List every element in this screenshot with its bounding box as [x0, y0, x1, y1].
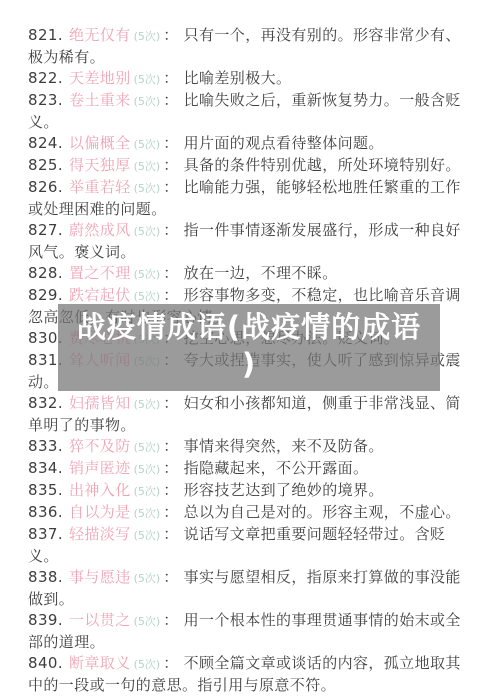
idiom-text: 出神入化	[69, 481, 131, 499]
entry-number: 829.	[28, 286, 63, 304]
idiom-entry: 832.妇孺皆知(5次)：妇女和小孩都知道，侧重于非常浅显、简单明了的事物。	[28, 393, 474, 436]
idiom-entry: 839.一以贯之(5次)：用一个根本性的事理贯通事情的始末或全部的道理。	[28, 610, 474, 653]
idiom-text: 置之不理	[69, 264, 131, 282]
idiom-entry: 836.自以为是(5次)：总以为自己是对的。形容主观，不虚心。	[28, 502, 474, 524]
usage-count-badge: (5次)	[134, 441, 161, 454]
idiom-entry: 826.举重若轻(5次)：比喻能力强，能够轻松地胜任繁重的工作或处理困难的问题。	[28, 177, 474, 220]
entry-number: 839.	[28, 611, 63, 629]
usage-count-badge: (5次)	[134, 73, 161, 86]
idiom-text: 自以为是	[69, 503, 131, 521]
idiom-text: 妇孺皆知	[69, 394, 131, 412]
definition-text: 具备的条件特别优越，所处环境特别好。	[184, 156, 461, 174]
separator-colon: ：	[163, 156, 178, 174]
usage-count-badge: (5次)	[134, 290, 161, 303]
definition-text: 总以为自己是对的。形容主观，不虚心。	[184, 503, 461, 521]
idiom-entry: 821.绝无仅有(5次)：只有一个，再没有别的。形容非常少有、极为稀有。	[28, 25, 474, 68]
idiom-entry: 834.销声匿迹(5次)：指隐藏起来，不公开露面。	[28, 458, 474, 480]
separator-colon: ：	[163, 611, 178, 629]
idiom-entry: 827.蔚然成风(5次)：指一件事情逐渐发展盛行，形成一种良好风气。褒义词。	[28, 220, 474, 263]
separator-colon: ：	[163, 503, 178, 521]
definition-text: 放在一边，不理不睬。	[184, 264, 338, 282]
separator-colon: ：	[163, 459, 178, 477]
idiom-text: 绝无仅有	[69, 26, 131, 44]
entry-number: 828.	[28, 264, 63, 282]
idiom-entry: 828.置之不理(5次)：放在一边，不理不睬。	[28, 263, 474, 285]
idiom-entry: 837.轻描淡写(5次)：说话写文章把重要问题轻轻带过。含贬义。	[28, 524, 474, 567]
entry-number: 836.	[28, 503, 63, 521]
usage-count-badge: (5次)	[134, 160, 161, 173]
usage-count-badge: (5次)	[134, 529, 161, 542]
separator-colon: ：	[163, 525, 178, 543]
separator-colon: ：	[163, 568, 178, 586]
separator-colon: ：	[163, 178, 178, 196]
separator-colon: ：	[163, 91, 178, 109]
idiom-text: 断章取义	[69, 654, 131, 672]
idiom-text: 得天独厚	[69, 156, 131, 174]
entry-number: 822.	[28, 69, 63, 87]
separator-colon: ：	[163, 394, 178, 412]
idiom-text: 猝不及防	[69, 437, 131, 455]
usage-count-badge: (5次)	[134, 398, 161, 411]
separator-colon: ：	[163, 286, 178, 304]
idiom-entry: 822.天差地别(5次)：比喻差别极大。	[28, 68, 474, 90]
idiom-entry: 838.事与愿违(5次)：事实与愿望相反，指原来打算做的事没能做到。	[28, 567, 474, 610]
idiom-text: 轻描淡写	[69, 525, 131, 543]
separator-colon: ：	[163, 481, 178, 499]
idiom-text: 举重若轻	[69, 178, 131, 196]
entry-number: 832.	[28, 394, 63, 412]
idiom-text: 跌宕起伏	[69, 286, 131, 304]
usage-count-badge: (5次)	[134, 485, 161, 498]
idiom-entry: 825.得天独厚(5次)：具备的条件特别优越，所处环境特别好。	[28, 155, 474, 177]
idiom-text: 销声匿迹	[69, 459, 131, 477]
usage-count-badge: (5次)	[134, 30, 161, 43]
usage-count-badge: (5次)	[134, 507, 161, 520]
idiom-text: 以偏概全	[69, 134, 131, 152]
idiom-text: 卷土重来	[69, 91, 131, 109]
idiom-entry: 833.猝不及防(5次)：事情来得突然，来不及防备。	[28, 436, 474, 458]
entry-number: 823.	[28, 91, 63, 109]
usage-count-badge: (5次)	[134, 268, 161, 281]
idiom-entry: 824.以偏概全(5次)：用片面的观点看待整体问题。	[28, 133, 474, 155]
idiom-text: 一以贯之	[69, 611, 131, 629]
definition-text: 用片面的观点看待整体问题。	[184, 134, 384, 152]
definition-text: 事情来得突然，来不及防备。	[184, 437, 384, 455]
usage-count-badge: (5次)	[134, 138, 161, 151]
usage-count-badge: (5次)	[134, 182, 161, 195]
overlay-title-line1: 战疫情成语(战疫情的成语	[58, 309, 440, 346]
separator-colon: ：	[163, 654, 178, 672]
overlay-title-line2: )	[58, 346, 440, 383]
entry-number: 821.	[28, 26, 63, 44]
usage-count-badge: (5次)	[134, 615, 161, 628]
usage-count-badge: (5次)	[134, 463, 161, 476]
entry-number: 837.	[28, 525, 63, 543]
idiom-entry: 823.卷土重来(5次)：比喻失败之后，重新恢复势力。一般含贬义。	[28, 90, 474, 133]
usage-count-badge: (5次)	[134, 658, 161, 671]
idiom-text: 天差地别	[69, 69, 131, 87]
entry-number: 835.	[28, 481, 63, 499]
usage-count-badge: (5次)	[134, 95, 161, 108]
definition-text: 比喻差别极大。	[184, 69, 292, 87]
separator-colon: ：	[163, 69, 178, 87]
entry-number: 834.	[28, 459, 63, 477]
entry-number: 825.	[28, 156, 63, 174]
idiom-entry: 840.断章取义(5次)：不顾全篇文章或谈话的内容，孤立地取其中的一段或一句的意…	[28, 653, 474, 696]
separator-colon: ：	[163, 221, 178, 239]
entry-number: 824.	[28, 134, 63, 152]
definition-text: 指隐藏起来，不公开露面。	[184, 459, 369, 477]
entry-number: 838.	[28, 568, 63, 586]
separator-colon: ：	[163, 437, 178, 455]
idiom-text: 蔚然成风	[69, 221, 131, 239]
separator-colon: ：	[163, 134, 178, 152]
entry-number: 833.	[28, 437, 63, 455]
idiom-list-page: 821.绝无仅有(5次)：只有一个，再没有别的。形容非常少有、极为稀有。 822…	[0, 0, 500, 698]
separator-colon: ：	[163, 26, 178, 44]
separator-colon: ：	[163, 264, 178, 282]
definition-text: 形容技艺达到了绝妙的境界。	[184, 481, 384, 499]
watermark-overlay: 战疫情成语(战疫情的成语 )	[58, 304, 440, 391]
entry-number: 827.	[28, 221, 63, 239]
usage-count-badge: (5次)	[134, 572, 161, 585]
entry-number: 840.	[28, 654, 63, 672]
usage-count-badge: (5次)	[134, 225, 161, 238]
idiom-entry: 835.出神入化(5次)：形容技艺达到了绝妙的境界。	[28, 480, 474, 502]
idiom-text: 事与愿违	[69, 568, 131, 586]
entry-number: 826.	[28, 178, 63, 196]
